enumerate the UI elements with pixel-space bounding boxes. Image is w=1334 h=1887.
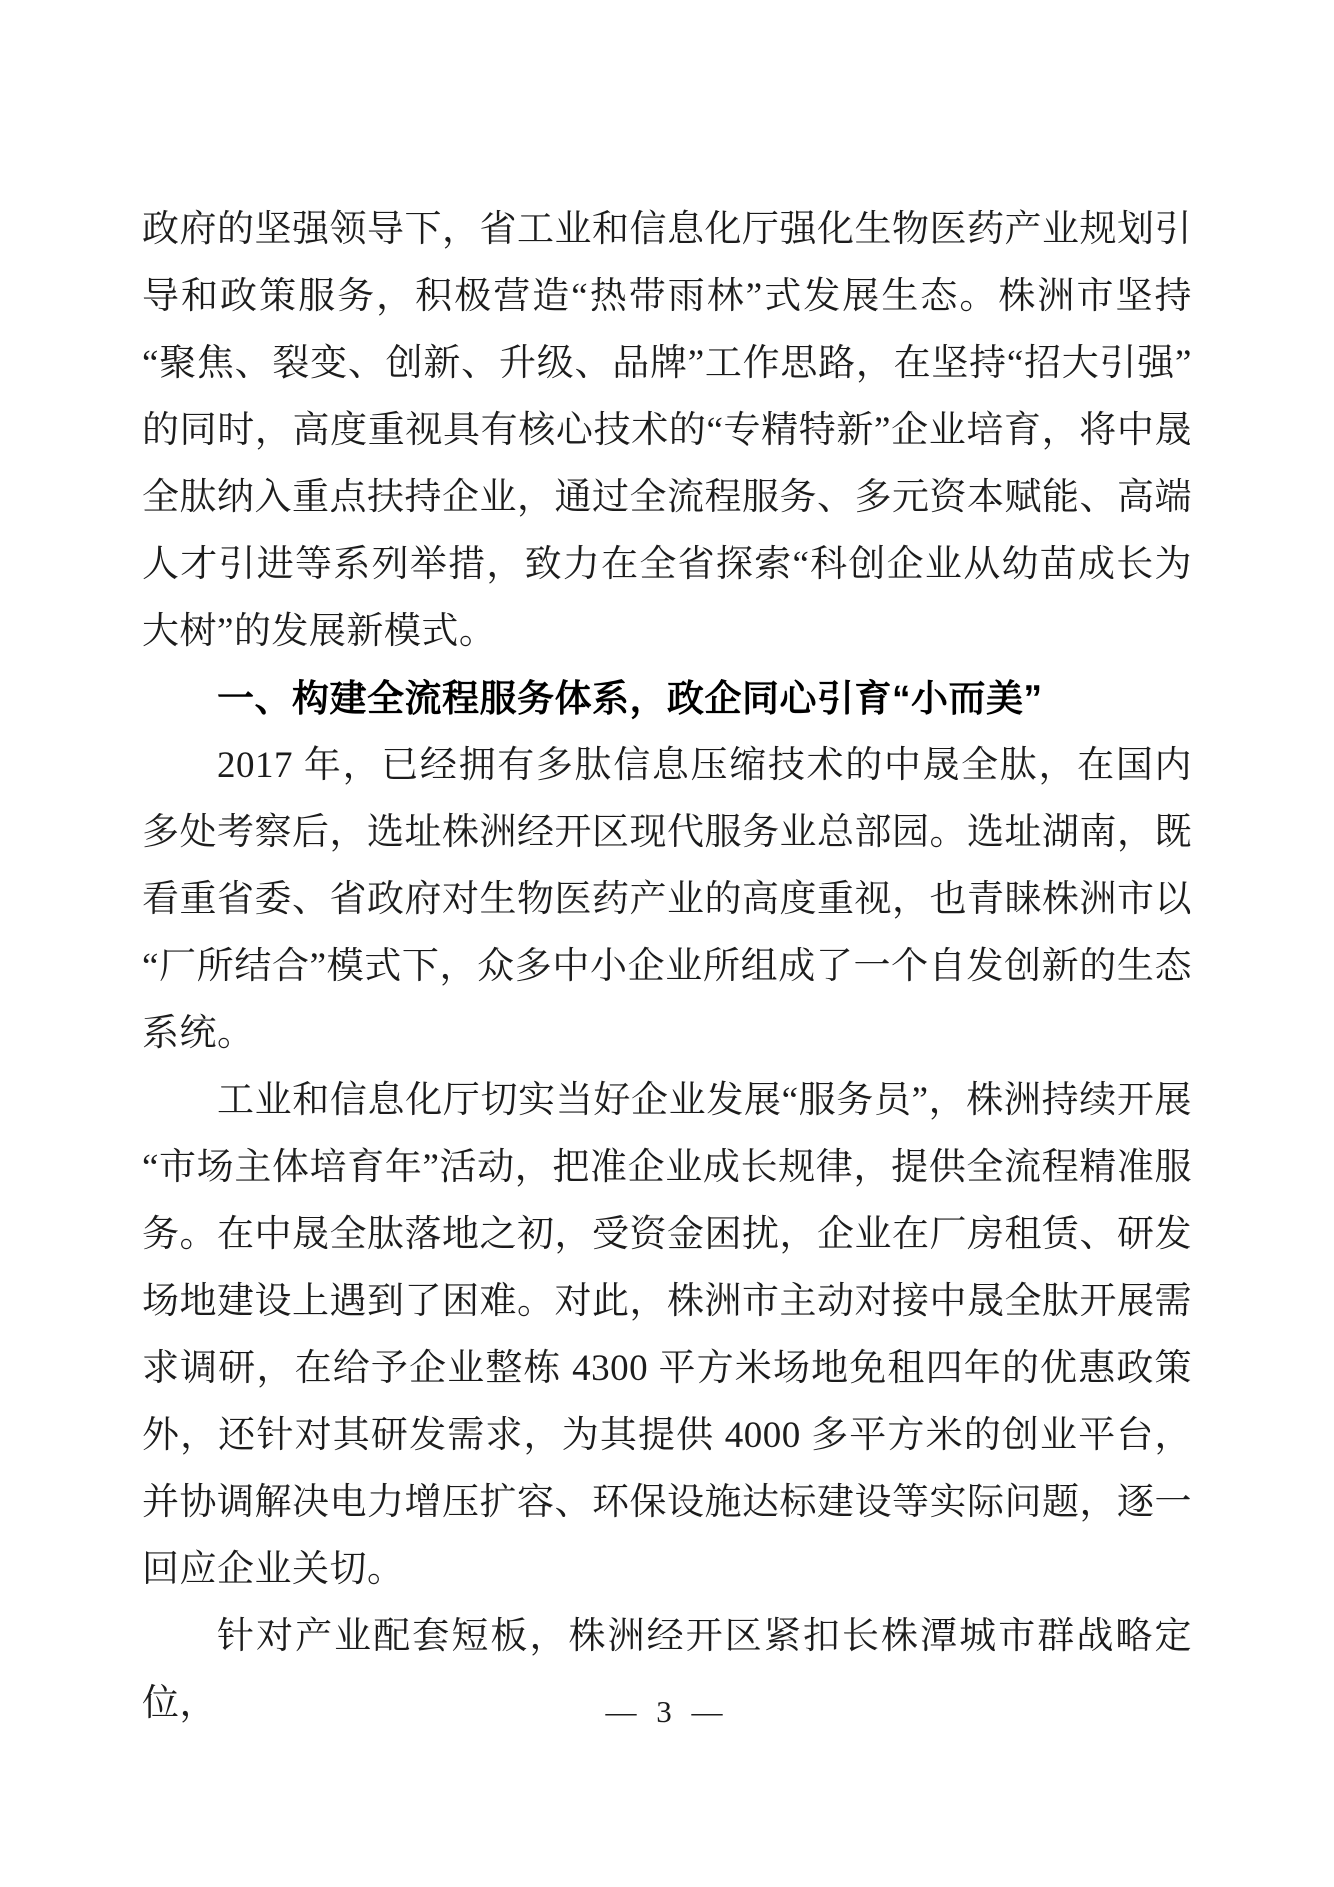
paragraph: 工业和信息化厅切实当好企业发展“服务员”，株洲持续开展“市场主体培育年”活动，把…	[142, 1067, 1192, 1603]
paragraph: 2017 年，已经拥有多肽信息压缩技术的中晟全肽，在国内多处考察后，选址株洲经开…	[142, 732, 1192, 1067]
section-heading: 一、构建全流程服务体系，政企同心引育“小而美”	[142, 665, 1192, 732]
document-body: 政府的坚强领导下，省工业和信息化厅强化生物医药产业规划引导和政策服务，积极营造“…	[142, 196, 1192, 1737]
document-page: 政府的坚强领导下，省工业和信息化厅强化生物医药产业规划引导和政策服务，积极营造“…	[0, 0, 1334, 1887]
paragraph-continuation: 政府的坚强领导下，省工业和信息化厅强化生物医药产业规划引导和政策服务，积极营造“…	[142, 196, 1192, 665]
page-footer: — 3 —	[0, 1694, 1334, 1730]
page-number: — 3 —	[606, 1694, 729, 1729]
